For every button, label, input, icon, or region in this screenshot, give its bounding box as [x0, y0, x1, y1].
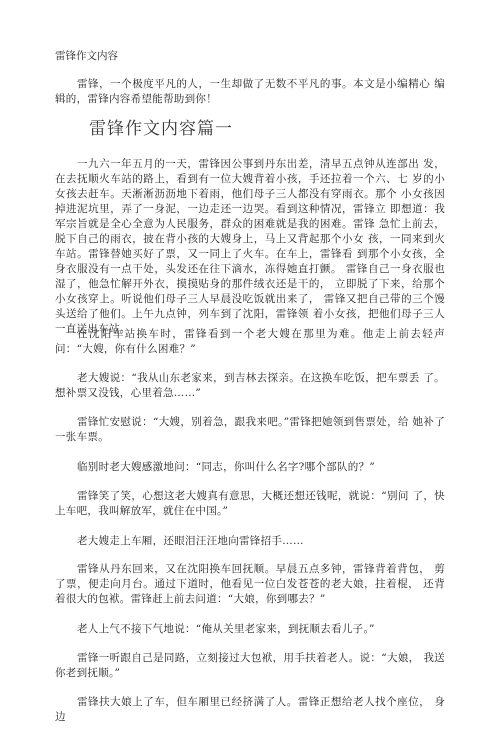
- paragraph: 老大嫂走上车厢，还眼泪汪汪地向雷锋招手……: [55, 534, 445, 549]
- paragraph: 一九六一年五月的一天，雷锋因公事到丹东出差，清早五点钟从连部出 发，在去抚顺火车…: [55, 157, 445, 337]
- paragraph: 老大嫂说：“我从山东老家来，到吉林去探亲。在这换车吃饭，把车票丢 了。想补票又没…: [55, 371, 445, 401]
- paragraph: 雷锋笑了笑，心想这老大嫂真有意思，大概还想还钱呢，就说：“别问 了，快上车吧，我…: [55, 489, 445, 519]
- paragraph: 临别时老大嫂感激地问：“同志，你叫什么名字?哪个部队的？”: [55, 460, 445, 475]
- paragraph: 老人上气不接下气地说：“俺从关里老家来，到抚顺去看儿子。”: [55, 622, 445, 637]
- intro-paragraph: 雷锋，一个极度平凡的人，一生却做了无数不平凡的事。本文是小编精心 编辑的，雷锋内…: [55, 77, 445, 107]
- section-heading: 雷锋作文内容篇一: [89, 118, 233, 140]
- document-title: 雷锋作文内容: [55, 49, 118, 63]
- paragraph: 雷锋扶大娘上了车，但车厢里已经挤满了人。雷锋正想给老人找个座位， 身边: [55, 695, 445, 725]
- paragraph: 雷锋一听跟自己是同路，立刻接过大包袱，用手扶着老人。说：“大娘， 我送你老到抚顺…: [55, 651, 445, 681]
- paragraph: 在沈阳车站换车时，雷锋看到一个老大嫂在那里为难。他走上前去轻声 问：“大嫂，你有…: [55, 327, 445, 357]
- paragraph: 雷锋忙安慰说：“大嫂，别着急，跟我来吧。”雷锋把她领到售票处，给 她补了一张车票…: [55, 415, 445, 445]
- paragraph: 雷锋从丹东回来，又在沈阳换车回抚顺。早晨五点多钟，雷锋背着背包， 剪了票，便走向…: [55, 562, 445, 607]
